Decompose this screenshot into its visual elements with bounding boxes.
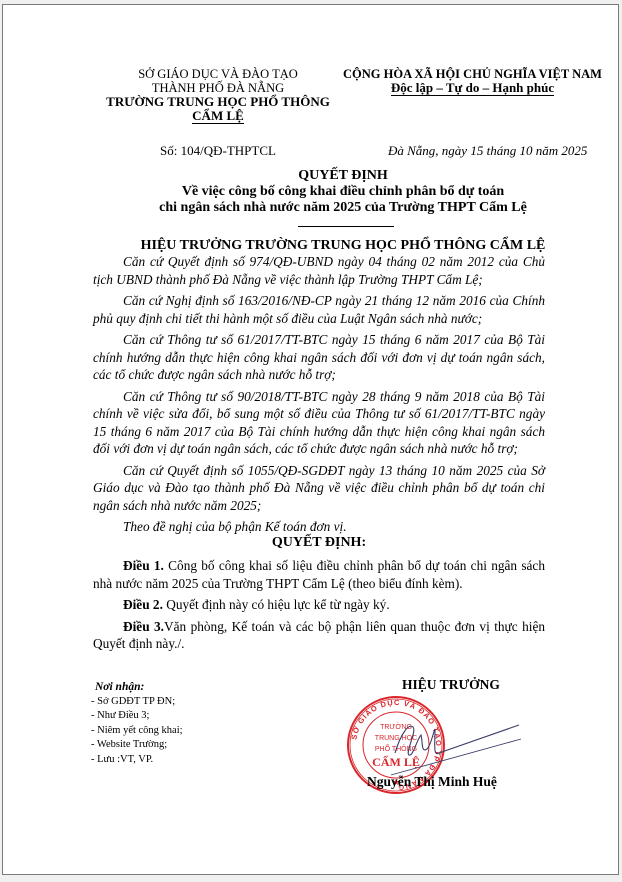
nation-title: CỘNG HÒA XÃ HỘI CHỦ NGHĨA VIỆT NAM [335,67,610,81]
document-body: Căn cứ Quyết định số 974/QĐ-UBND ngày 04… [93,253,545,657]
recipient-item: - Niêm yết công khai; [91,724,183,739]
document-title: QUYẾT ĐỊNH Về việc công bố công khai điề… [83,168,603,216]
title-subject-line2: chi ngân sách nhà nước năm 2025 của Trườ… [83,200,603,216]
signatory-title: HIỆU TRƯỞNG [381,677,521,693]
article-label: Điều 3. [123,619,164,634]
preamble-clause: Căn cứ Quyết định số 1055/QĐ-SGDĐT ngày … [93,462,545,515]
article-text: Quyết định này có hiệu lực kể từ ngày ký… [163,597,390,612]
recipient-item: - Lưu :VT, VP. [91,753,183,768]
place-and-date: Đà Nẵng, ngày 15 tháng 10 năm 2025 [388,143,587,159]
recipients-list: Nơi nhận: - Sở GDĐT TP ĐN; - Như Điều 3;… [91,680,183,767]
article-label: Điều 1. [123,558,164,573]
document-number: Số: 104/QĐ-THPTCL [93,143,343,159]
title-subject-line1: Về việc công bố công khai điều chỉnh phâ… [83,184,603,200]
national-motto: Độc lập – Tự do – Hạnh phúc [391,81,554,96]
document-page: SỞ GIÁO DỤC VÀ ĐÀO TẠO THÀNH PHỐ ĐÀ NẴNG… [2,4,619,875]
issuer-header: SỞ GIÁO DỤC VÀ ĐÀO TẠO THÀNH PHỐ ĐÀ NẴNG… [93,67,343,124]
article-3: Điều 3.Văn phòng, Kế toán và các bộ phận… [93,618,545,653]
school-name-line2: CẨM LỆ [192,109,244,124]
title-heading: QUYẾT ĐỊNH [83,168,603,184]
city-name: THÀNH PHỐ ĐÀ NẴNG [93,81,343,95]
recipient-item: - Sở GDĐT TP ĐN; [91,695,183,710]
article-2: Điều 2. Quyết định này có hiệu lực kể từ… [93,596,545,614]
decision-heading: QUYẾT ĐỊNH: [93,534,545,552]
recipient-item: - Website Trường; [91,738,183,753]
signatory-name: Nguyễn Thị Minh Huệ [367,774,497,790]
preamble-clause: Căn cứ Thông tư số 61/2017/TT-BTC ngày 1… [93,331,545,384]
issuing-authority: HIỆU TRƯỞNG TRƯỜNG TRUNG HỌC PHỔ THÔNG C… [83,238,603,254]
title-divider [298,226,394,227]
recipients-label: Nơi nhận: [91,680,183,695]
preamble-clause: Căn cứ Thông tư số 90/2018/TT-BTC ngày 2… [93,388,545,458]
article-label: Điều 2. [123,597,163,612]
agency-name: SỞ GIÁO DỤC VÀ ĐÀO TẠO [93,67,343,81]
preamble-clause: Căn cứ Quyết định số 974/QĐ-UBND ngày 04… [93,253,545,288]
preamble-clause: Căn cứ Nghị định số 163/2016/NĐ-CP ngày … [93,292,545,327]
handwritten-signature-icon [383,713,523,783]
national-header: CỘNG HÒA XÃ HỘI CHỦ NGHĨA VIỆT NAM Độc l… [335,67,610,96]
article-1: Điều 1. Công bố công khai số liệu điều c… [93,557,545,592]
school-name-line1: TRƯỜNG TRUNG HỌC PHỔ THÔNG [93,95,343,109]
recipient-item: - Như Điều 3; [91,709,183,724]
